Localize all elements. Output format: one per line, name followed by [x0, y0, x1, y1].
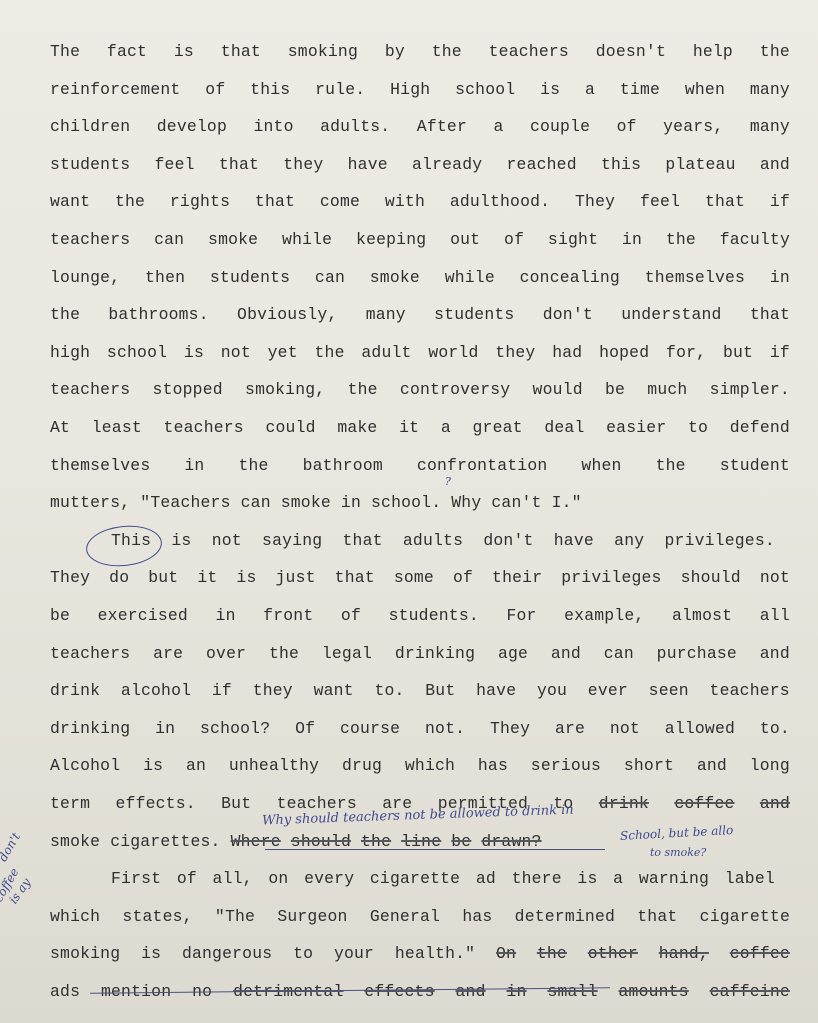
word: faculty: [720, 230, 790, 250]
word: warning: [639, 869, 709, 889]
word: High: [390, 80, 430, 100]
word: out: [450, 230, 480, 250]
word: any: [614, 531, 644, 551]
word: I.": [552, 493, 582, 513]
typewritten-page: Thefactisthatsmokingbytheteachersdoesn't…: [0, 0, 818, 1023]
word: themselves: [645, 268, 745, 288]
word: by: [385, 42, 405, 62]
word: in: [184, 456, 204, 476]
word: smoke: [50, 832, 100, 852]
word: front: [263, 606, 313, 626]
word: that: [219, 155, 259, 175]
word: to: [688, 418, 708, 438]
word: and: [551, 644, 581, 664]
word: into: [253, 117, 293, 137]
word: a: [613, 869, 623, 889]
word: this: [250, 80, 290, 100]
word: the: [656, 456, 686, 476]
word: For: [506, 606, 536, 626]
word: privileges.: [665, 531, 775, 551]
word: just: [276, 568, 316, 588]
word: simpler.: [710, 380, 790, 400]
word: in: [155, 719, 175, 739]
text-line: drinkinginschool?Ofcoursenot.Theyarenota…: [50, 719, 790, 739]
word: defend: [730, 418, 790, 438]
word: all,: [213, 869, 253, 889]
word: almost: [672, 606, 732, 626]
word: had: [552, 343, 582, 363]
word: and: [697, 756, 727, 776]
word: cigarette: [370, 869, 460, 889]
text-line: Thisisnotsayingthatadultsdon'thaveanypri…: [111, 531, 775, 551]
word: the: [432, 42, 462, 62]
word: and: [760, 155, 790, 175]
word: school?: [200, 719, 270, 739]
word: "The: [215, 907, 255, 927]
ink-margin-note-right-2: to smoke?: [650, 846, 706, 859]
word: are: [153, 644, 183, 664]
word: if: [770, 343, 790, 363]
word: short: [624, 756, 674, 776]
word: doesn't: [596, 42, 666, 62]
word: they: [283, 155, 323, 175]
word: legal: [322, 644, 372, 664]
word: other: [588, 944, 638, 964]
word: can: [154, 230, 184, 250]
text-line: whichstates,"TheSurgeonGeneralhasdetermi…: [50, 907, 790, 927]
word: is: [171, 531, 191, 551]
word: themselves: [50, 456, 150, 476]
word: should: [681, 568, 741, 588]
word: the: [115, 192, 145, 212]
word: be: [605, 380, 625, 400]
word: is: [236, 568, 256, 588]
word: the: [269, 644, 299, 664]
word: students.: [389, 606, 479, 626]
word: is: [540, 80, 560, 100]
text-line: wanttherightsthatcomewithadulthood.Theyf…: [50, 192, 790, 212]
word: of: [341, 606, 361, 626]
word: cigarettes.: [110, 832, 220, 852]
word: is: [184, 343, 204, 363]
word: of: [205, 80, 225, 100]
word: students: [50, 155, 130, 175]
word: great: [473, 418, 523, 438]
word: it: [399, 418, 419, 438]
word: the: [666, 230, 696, 250]
word: teachers: [50, 644, 130, 664]
word: the: [50, 305, 80, 325]
word: unhealthy: [229, 756, 319, 776]
word: high: [50, 343, 90, 363]
word: cigarette: [700, 907, 790, 927]
word: they: [253, 681, 293, 701]
word: caffeine: [710, 982, 790, 1002]
word: would: [533, 380, 583, 400]
word: adults: [403, 531, 463, 551]
word: the: [760, 42, 790, 62]
word: age: [498, 644, 528, 664]
word: but: [723, 343, 753, 363]
word: of: [617, 117, 637, 137]
word: have: [476, 681, 516, 701]
word: over: [206, 644, 246, 664]
word: Surgeon: [277, 907, 347, 927]
word: hoped: [599, 343, 649, 363]
word: At: [50, 418, 70, 438]
text-line: childrendevelopintoadults.Afteracoupleof…: [50, 117, 790, 137]
word: not.: [425, 719, 465, 739]
word: adults.: [320, 117, 390, 137]
word: dangerous: [182, 944, 272, 964]
word: while: [445, 268, 495, 288]
word: smoking,: [245, 380, 325, 400]
word: rights: [170, 192, 230, 212]
word: saying: [262, 531, 322, 551]
text-line: drinkalcoholiftheywantto.Buthaveyouevers…: [50, 681, 790, 701]
word: that: [335, 568, 375, 588]
word: smoke: [208, 230, 258, 250]
word: can: [241, 493, 271, 513]
word: course: [340, 719, 400, 739]
word: while: [282, 230, 332, 250]
text-line: teacherscansmokewhilekeepingoutofsightin…: [50, 230, 790, 250]
word: not: [212, 531, 242, 551]
text-line: Theydobutitisjustthatsomeoftheirprivileg…: [50, 568, 790, 588]
word: and: [456, 982, 486, 1002]
word: feel: [640, 192, 680, 212]
word: don't: [543, 305, 593, 325]
word: is: [143, 756, 163, 776]
text-line: Alcoholisanunhealthydrugwhichhasseriouss…: [50, 756, 790, 776]
word: with: [385, 192, 425, 212]
word: bathrooms.: [108, 305, 208, 325]
word: when: [685, 80, 725, 100]
word: that: [255, 192, 295, 212]
word: stopped: [153, 380, 223, 400]
word: the: [348, 380, 378, 400]
word: lounge,: [50, 268, 120, 288]
word: their: [492, 568, 542, 588]
word: want: [50, 192, 90, 212]
word: which: [50, 907, 100, 927]
word: drink: [50, 681, 100, 701]
text-line: Atleastteacherscouldmakeitagreatdealeasi…: [50, 418, 790, 438]
word: that: [221, 42, 261, 62]
text-line: Firstofall,oneverycigaretteadthereisawar…: [111, 869, 775, 889]
word: every: [304, 869, 354, 889]
word: a: [493, 117, 503, 137]
word: that: [637, 907, 677, 927]
word: which: [405, 756, 455, 776]
word: But: [425, 681, 455, 701]
word: school: [455, 80, 515, 100]
word: easier: [606, 418, 666, 438]
word: example,: [564, 606, 644, 626]
word: teachers: [164, 418, 244, 438]
word: on: [268, 869, 288, 889]
word: the: [238, 456, 268, 476]
word: alcohol: [121, 681, 191, 701]
word: couple: [530, 117, 590, 137]
text-line: beexercisedinfrontofstudents.Forexample,…: [50, 606, 790, 626]
word: the: [537, 944, 567, 964]
text-line: highschoolisnotyettheadultworldtheyhadho…: [50, 343, 790, 363]
word: ads: [50, 982, 80, 1002]
word: and: [760, 794, 790, 814]
word: ad: [476, 869, 496, 889]
word: you: [537, 681, 567, 701]
word: smoking: [288, 42, 358, 62]
word: "Teachers: [140, 493, 230, 513]
text-line: reinforcementofthisrule.Highschoolisatim…: [50, 80, 790, 100]
word: has: [478, 756, 508, 776]
word: school: [107, 343, 167, 363]
word: least: [92, 418, 142, 438]
word: bathroom: [303, 456, 383, 476]
word: But: [221, 794, 251, 814]
word: drinking: [50, 719, 130, 739]
word: fact: [107, 42, 147, 62]
word: reached: [507, 155, 577, 175]
word: students: [434, 305, 514, 325]
word: exercised: [98, 606, 188, 626]
word: On: [496, 944, 516, 964]
word: then: [145, 268, 185, 288]
text-line: teachersstoppedsmoking,thecontroversywou…: [50, 380, 790, 400]
word: in: [622, 230, 642, 250]
word: They: [575, 192, 615, 212]
word: teachers: [50, 230, 130, 250]
word: effects.: [116, 794, 196, 814]
word: of: [504, 230, 524, 250]
word: serious: [531, 756, 601, 776]
word: help: [693, 42, 733, 62]
word: reinforcement: [50, 80, 180, 100]
word: controversy: [400, 380, 510, 400]
word: Alcohol: [50, 756, 120, 776]
word: rule.: [315, 80, 365, 100]
word: do: [109, 568, 129, 588]
word: many: [366, 305, 406, 325]
word: concealing: [520, 268, 620, 288]
word: are: [555, 719, 585, 739]
word: adulthood.: [450, 192, 550, 212]
word: health.": [395, 944, 475, 964]
word: but: [148, 568, 178, 588]
word: allowed: [665, 719, 735, 739]
word: of: [453, 568, 473, 588]
word: not: [760, 568, 790, 588]
word: feel: [155, 155, 195, 175]
word: not: [610, 719, 640, 739]
word: an: [186, 756, 206, 776]
text-line: lounge,thenstudentscansmokewhileconceali…: [50, 268, 790, 288]
word: teachers: [710, 681, 790, 701]
word: The: [50, 42, 80, 62]
word: and: [760, 644, 790, 664]
word: students: [210, 268, 290, 288]
word: can: [315, 268, 345, 288]
word: that: [343, 531, 383, 551]
word: to: [293, 944, 313, 964]
word: school.: [371, 493, 441, 513]
word: could: [265, 418, 315, 438]
word: is: [141, 944, 161, 964]
word: when: [581, 456, 621, 476]
word: make: [337, 418, 377, 438]
word: drink: [599, 794, 649, 814]
word: coffee: [674, 794, 734, 814]
word: want: [314, 681, 354, 701]
word: if: [770, 192, 790, 212]
word: states,: [122, 907, 192, 927]
text-line: Thefactisthatsmokingbytheteachersdoesn't…: [50, 42, 790, 62]
word: long: [750, 756, 790, 776]
word: term: [50, 794, 90, 814]
word: have: [554, 531, 594, 551]
word: for,: [666, 343, 706, 363]
word: deal: [544, 418, 584, 438]
word: teachers: [50, 380, 130, 400]
word: this: [601, 155, 641, 175]
word: is: [577, 869, 597, 889]
word: of: [177, 869, 197, 889]
text-line: themselvesinthebathroomconfrontationwhen…: [50, 456, 790, 476]
word: amounts: [619, 982, 689, 1002]
word: don't: [483, 531, 533, 551]
word: time: [620, 80, 660, 100]
word: there: [512, 869, 562, 889]
word: teachers: [489, 42, 569, 62]
word: have: [348, 155, 388, 175]
ink-underline-1: [265, 849, 605, 850]
word: They: [490, 719, 530, 739]
word: many: [750, 80, 790, 100]
word: in: [770, 268, 790, 288]
word: children: [50, 117, 130, 137]
word: a: [441, 418, 451, 438]
word: adult: [361, 343, 411, 363]
word: confrontation: [417, 456, 547, 476]
word: in: [506, 982, 526, 1002]
word: purchase: [657, 644, 737, 664]
word: much: [647, 380, 687, 400]
ink-question-mark: ?: [445, 475, 451, 488]
word: it: [197, 568, 217, 588]
word: smoking: [50, 944, 120, 964]
word: They: [50, 568, 90, 588]
word: First: [111, 869, 161, 889]
word: yet: [268, 343, 298, 363]
word: keeping: [356, 230, 426, 250]
word: the: [315, 343, 345, 363]
word: understand: [621, 305, 721, 325]
word: some: [394, 568, 434, 588]
word: has: [462, 907, 492, 927]
word: label: [725, 869, 775, 889]
text-line: studentsfeelthattheyhavealreadyreachedth…: [50, 155, 790, 175]
word: is: [174, 42, 194, 62]
word: if: [212, 681, 232, 701]
word: Why: [451, 493, 481, 513]
word: that: [750, 305, 790, 325]
word: to.: [760, 719, 790, 739]
word: develop: [157, 117, 227, 137]
text-line: thebathrooms.Obviously,manystudentsdon't…: [50, 305, 790, 325]
word: be: [50, 606, 70, 626]
word: General: [370, 907, 440, 927]
word: your: [334, 944, 374, 964]
word: world: [428, 343, 478, 363]
word: to.: [374, 681, 404, 701]
word: can't: [491, 493, 541, 513]
word: mutters,: [50, 493, 130, 513]
word: in: [341, 493, 361, 513]
text-line: teachersareoverthelegaldrinkingageandcan…: [50, 644, 790, 664]
word: coffee: [730, 944, 790, 964]
word: many: [750, 117, 790, 137]
word: all: [760, 606, 790, 626]
word: years,: [663, 117, 723, 137]
word: drug: [342, 756, 382, 776]
word: smoke: [281, 493, 331, 513]
word: smoke: [370, 268, 420, 288]
word: hand,: [659, 944, 709, 964]
word: sight: [548, 230, 598, 250]
word: a: [585, 80, 595, 100]
word: in: [216, 606, 236, 626]
word: small: [547, 982, 597, 1002]
word: Of: [295, 719, 315, 739]
word: plateau: [665, 155, 735, 175]
word: effects: [364, 982, 434, 1002]
text-line: mutters,"Teacherscansmokeinschool.Whycan…: [50, 493, 790, 513]
word: After: [417, 117, 467, 137]
word: seen: [649, 681, 689, 701]
text-line: smokingisdangeroustoyourhealth."Ontheoth…: [50, 944, 790, 964]
word: privileges: [561, 568, 661, 588]
word: Obviously,: [237, 305, 337, 325]
word: that: [705, 192, 745, 212]
word: already: [412, 155, 482, 175]
word: not: [221, 343, 251, 363]
word: drinking: [395, 644, 475, 664]
word: student: [720, 456, 790, 476]
word: can: [604, 644, 634, 664]
word: they: [495, 343, 535, 363]
word: come: [320, 192, 360, 212]
word: ever: [588, 681, 628, 701]
word: determined: [515, 907, 615, 927]
